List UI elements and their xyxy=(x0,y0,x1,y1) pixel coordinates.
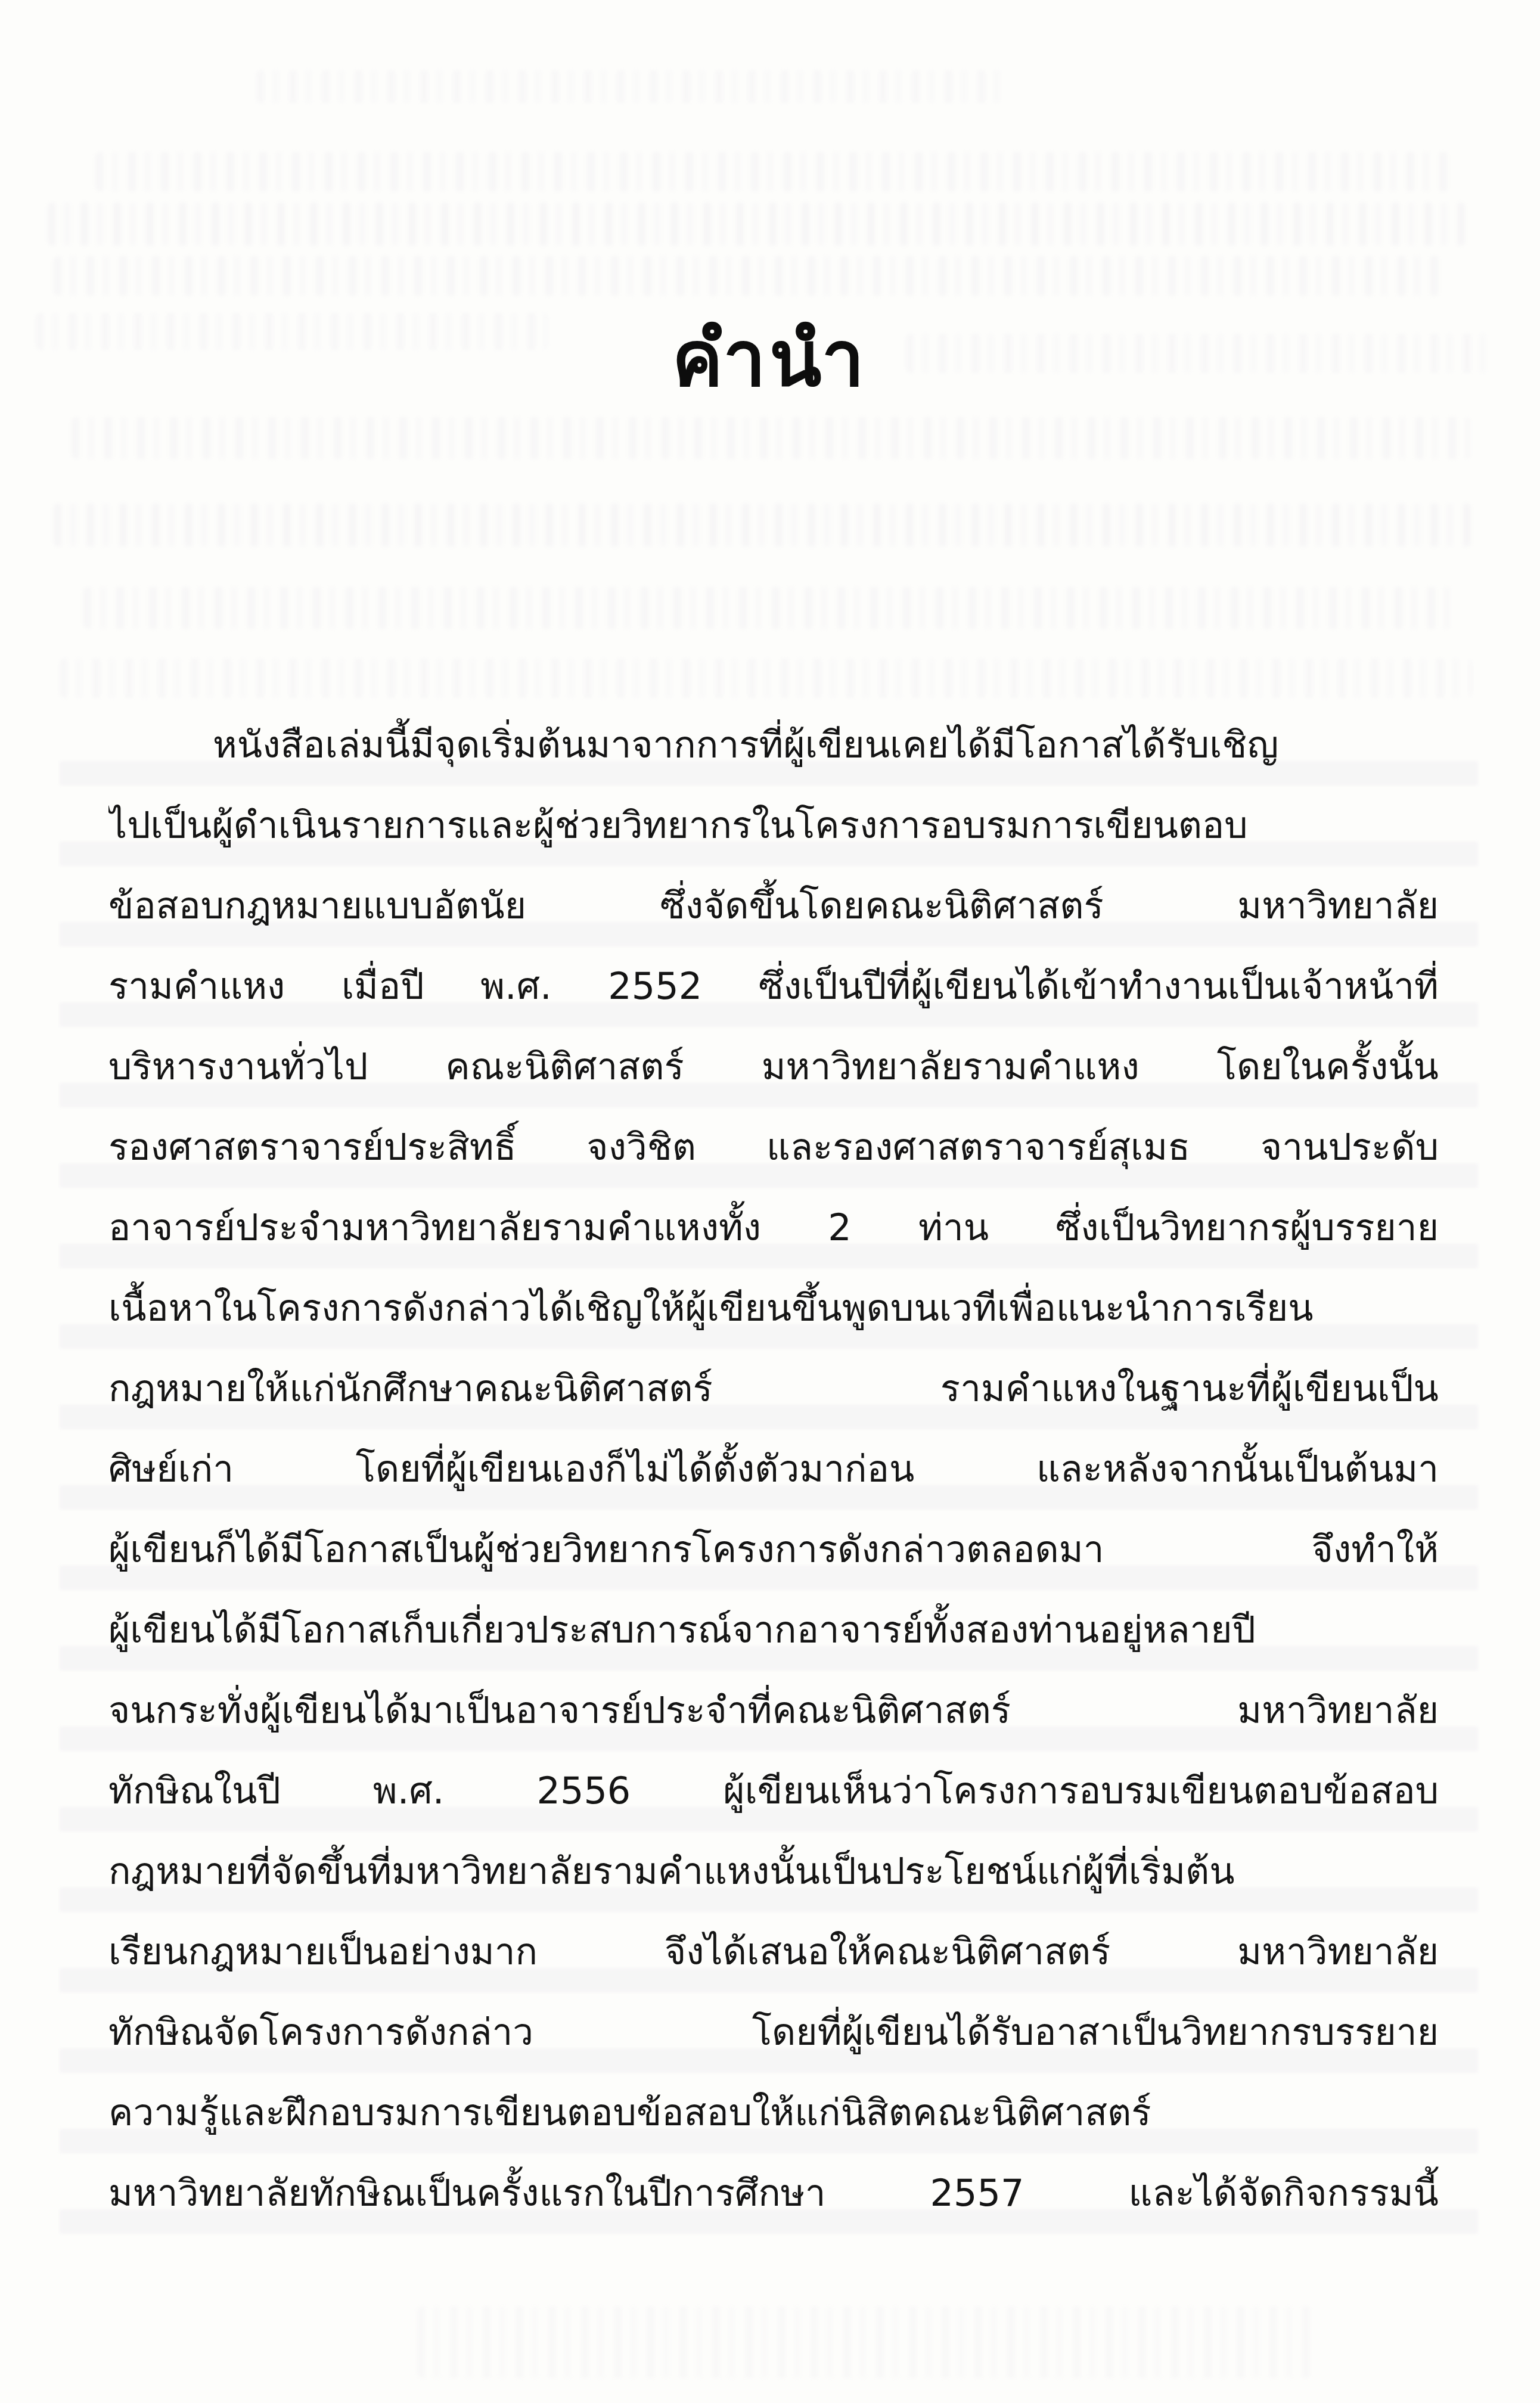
paragraph-line: กฎหมายที่จัดขึ้นที่มหาวิทยาลัยรามคำแหงนั… xyxy=(108,1831,1439,1911)
paragraph-line: มหาวิทยาลัยทักษิณเป็นครั้งแรกในปีการศึกษ… xyxy=(108,2153,1439,2233)
bleed-through-artifact xyxy=(54,256,1442,296)
paragraph-line: ผู้เขียนได้มีโอกาสเก็บเกี่ยวประสบการณ์จา… xyxy=(108,1589,1439,1670)
paragraph-line: หนังสือเล่มนี้มีจุดเริ่มต้นมาจากการที่ผู… xyxy=(108,704,1439,785)
paragraph-line: รามคำแหง เมื่อปี พ.ศ. 2552 ซึ่งเป็นปีที่… xyxy=(108,946,1439,1026)
scanned-page: คำนำ หนังสือเล่มนี้มีจุดเริ่มต้นมาจากการ… xyxy=(0,0,1540,2403)
paragraph-line: ความรู้และฝึกอบรมการเขียนตอบข้อสอบให้แก่… xyxy=(108,2072,1439,2153)
bleed-through-artifact xyxy=(48,203,1466,246)
paragraph-line: กฎหมายให้แก่นักศึกษาคณะนิติศาสตร์ รามคำแ… xyxy=(108,1348,1439,1429)
paragraph-line: ทักษิณจัดโครงการดังกล่าว โดยที่ผู้เขียนไ… xyxy=(108,1992,1439,2072)
paragraph-line: ไปเป็นผู้ดำเนินรายการและผู้ช่วยวิทยากรใน… xyxy=(108,785,1439,865)
paragraph-line: ทักษิณในปี พ.ศ. 2556 ผู้เขียนเห็นว่าโครง… xyxy=(108,1750,1439,1831)
bleed-through-artifact xyxy=(83,587,1454,629)
paragraph-line: เรียนกฎหมายเป็นอย่างมาก จึงได้เสนอให้คณะ… xyxy=(108,1911,1439,1992)
preface-paragraph: หนังสือเล่มนี้มีจุดเริ่มต้นมาจากการที่ผู… xyxy=(108,704,1439,2233)
paragraph-line: อาจารย์ประจำมหาวิทยาลัยรามคำแหงทั้ง 2 ท่… xyxy=(108,1187,1439,1268)
paragraph-line: เนื้อหาในโครงการดังกล่าวได้เชิญให้ผู้เขี… xyxy=(108,1268,1439,1348)
paragraph-line: ศิษย์เก่า โดยที่ผู้เขียนเองก็ไม่ได้ตั้งต… xyxy=(108,1429,1439,1509)
bleed-through-artifact xyxy=(54,504,1472,547)
paragraph-line: รองศาสตราจารย์ประสิทธิ์ จงวิชิต และรองศา… xyxy=(108,1107,1439,1187)
bleed-through-artifact xyxy=(60,659,1472,698)
paragraph-line: ข้อสอบกฎหมายแบบอัตนัย ซึ่งจัดขึ้นโดยคณะน… xyxy=(108,865,1439,946)
paragraph-line: บริหารงานทั่วไป คณะนิติศาสตร์ มหาวิทยาลั… xyxy=(108,1026,1439,1107)
paragraph-line: จนกระทั่งผู้เขียนได้มาเป็นอาจารย์ประจำที… xyxy=(108,1670,1439,1750)
page-title: คำนำ xyxy=(0,298,1540,419)
bleed-through-artifact xyxy=(95,152,1454,191)
bleed-through-artifact xyxy=(417,2306,1311,2378)
paragraph-line: ผู้เขียนก็ได้มีโอกาสเป็นผู้ช่วยวิทยากรโค… xyxy=(108,1509,1439,1589)
bleed-through-artifact xyxy=(72,417,1472,459)
bleed-through-artifact xyxy=(256,70,1007,103)
